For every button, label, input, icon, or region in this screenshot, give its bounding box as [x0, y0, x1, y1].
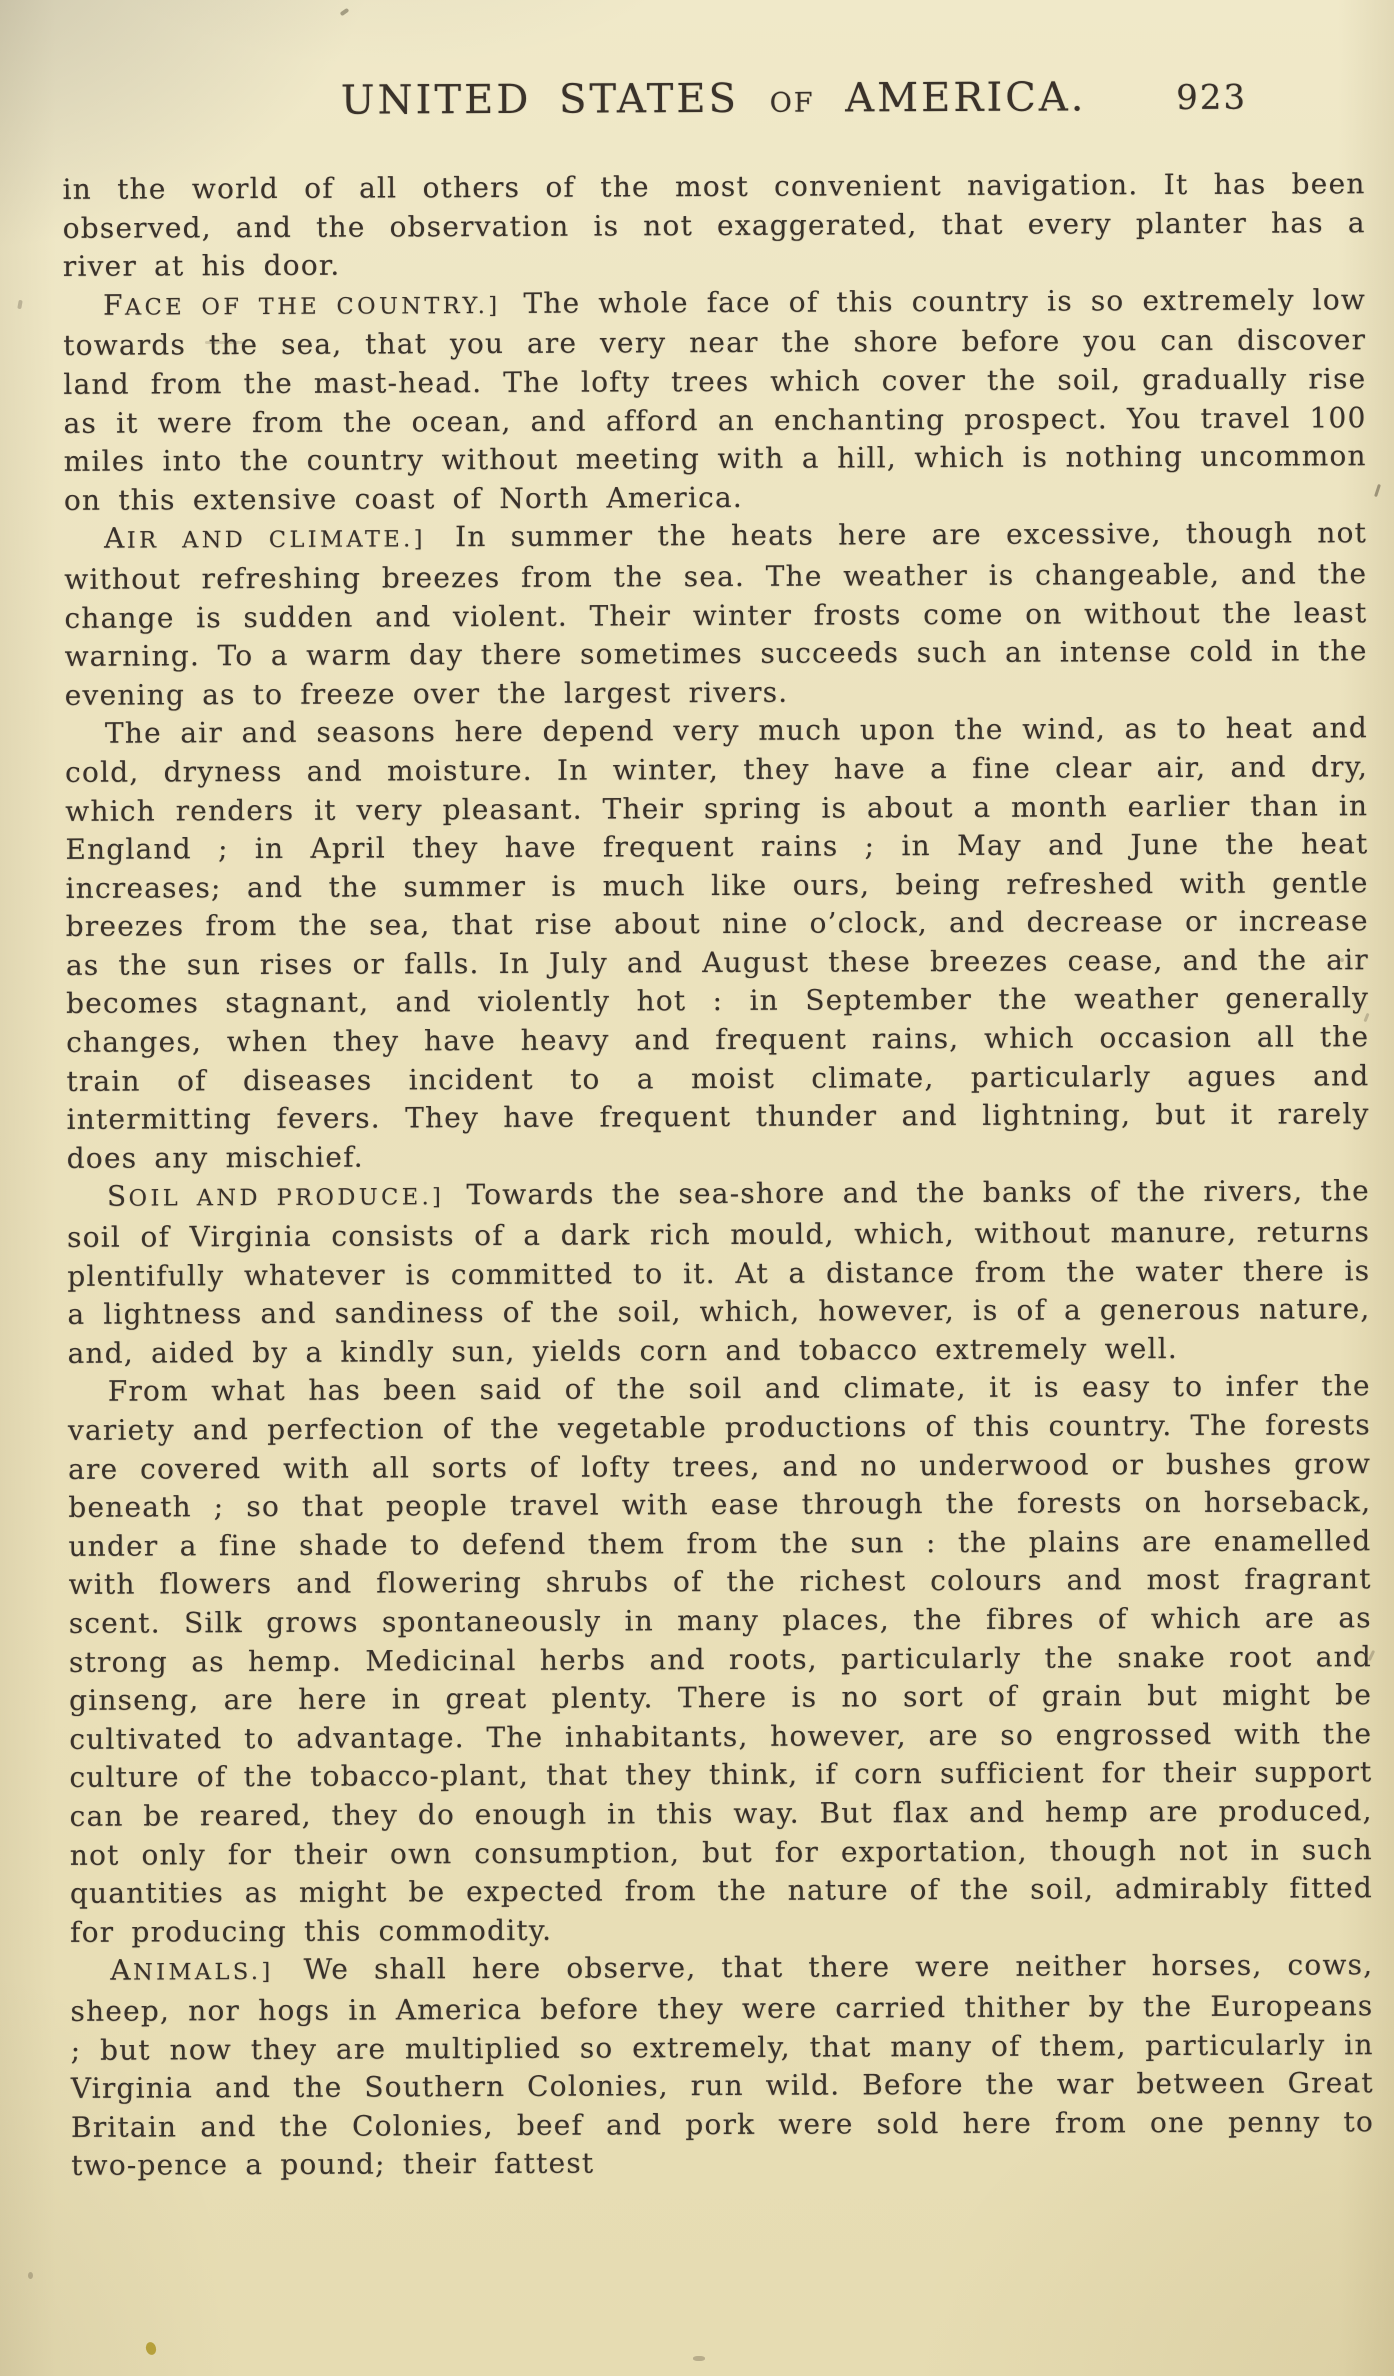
- running-title-right: AMERICA.: [845, 74, 1086, 121]
- paragraph-text: From what has been said of the soil and …: [68, 1370, 1373, 1949]
- section-heading: SOIL AND PRODUCE.]: [107, 1179, 444, 1213]
- paragraph: The air and seasons here depend very muc…: [65, 709, 1370, 1178]
- running-title-of: OF: [767, 88, 818, 119]
- section-heading-rest: IR AND CLIMATE.]: [127, 527, 426, 554]
- running-header: UNITED STATES OF AMERICA. 923: [62, 61, 1365, 171]
- scan-speck: [28, 2272, 33, 2279]
- paragraph-text: in the world of all others of the most c…: [62, 167, 1365, 283]
- section-heading-initial: S: [107, 1180, 129, 1213]
- scan-speck: [17, 300, 23, 310]
- paragraph: From what has been said of the soil and …: [68, 1368, 1374, 1953]
- paragraph: FACE OF THE COUNTRY.] The whole face of …: [63, 281, 1367, 520]
- section-heading: AIR AND CLIMATE.]: [104, 521, 426, 555]
- section-heading-initial: F: [103, 288, 125, 321]
- paragraph: SOIL AND PRODUCE.] Towards the sea-shore…: [67, 1173, 1371, 1374]
- running-title-left: UNITED STATES: [341, 76, 739, 124]
- section-heading-initial: A: [104, 522, 127, 555]
- section-heading-rest: ACE OF THE COUNTRY.]: [125, 293, 501, 321]
- scan-speck: [693, 2356, 705, 2361]
- paragraph: AIR AND CLIMATE.] In summer the heats he…: [64, 514, 1368, 715]
- text-block: in the world of all others of the most c…: [62, 165, 1374, 2186]
- paragraph-text: The air and seasons here depend very muc…: [65, 711, 1370, 1174]
- section-heading-rest: NIMALS.]: [133, 1959, 274, 1986]
- page-content: UNITED STATES OF AMERICA. 923 in the wor…: [62, 61, 1374, 2186]
- running-title: UNITED STATES OF AMERICA.: [62, 61, 1365, 125]
- section-heading-rest: OIL AND PRODUCE.]: [129, 1185, 445, 1212]
- page-number: 923: [1176, 78, 1247, 118]
- paragraph: in the world of all others of the most c…: [62, 165, 1365, 286]
- scan-speck: [144, 2341, 157, 2356]
- section-heading-initial: A: [110, 1954, 133, 1987]
- book-page: UNITED STATES OF AMERICA. 923 in the wor…: [0, 0, 1394, 2376]
- paragraph: ANIMALS.] We shall here observe, that th…: [70, 1946, 1374, 2185]
- scan-speck: [340, 8, 350, 16]
- section-heading: FACE OF THE COUNTRY.]: [103, 287, 501, 322]
- section-heading: ANIMALS.]: [110, 1953, 273, 1987]
- scan-speck: [1374, 484, 1381, 497]
